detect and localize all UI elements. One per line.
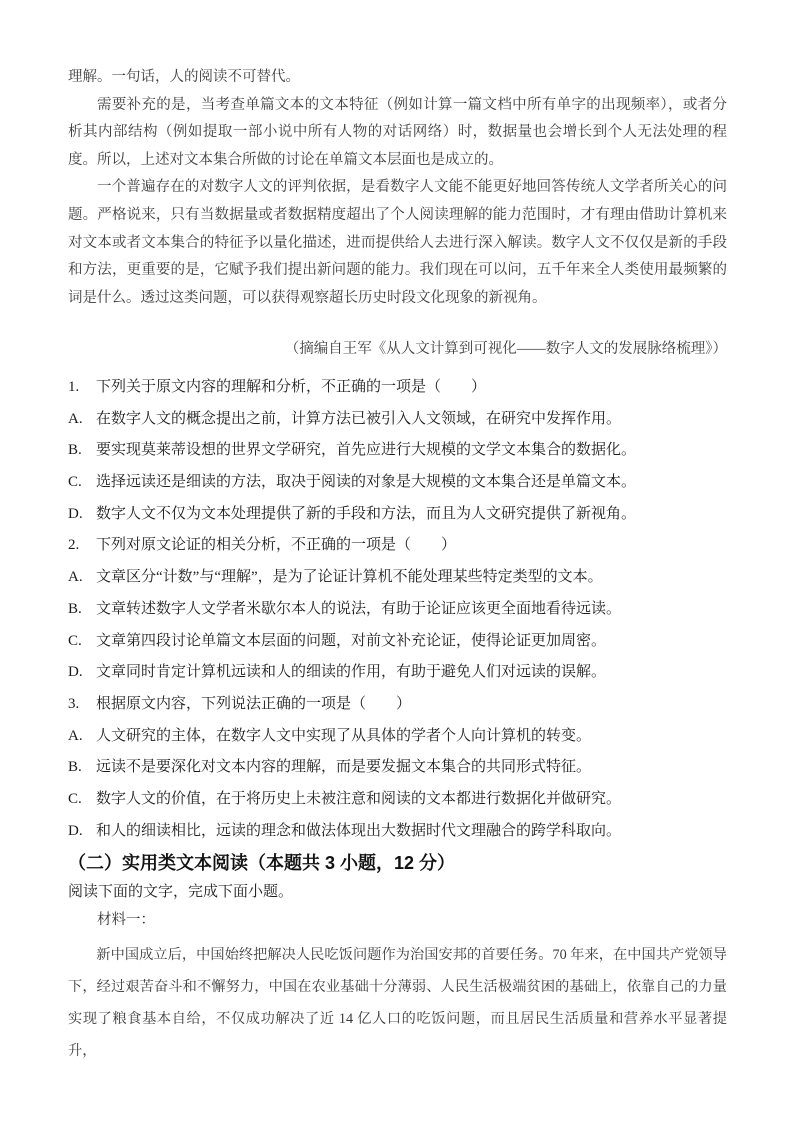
option-label: D. xyxy=(68,499,96,531)
question-1-option-c: C.选择远读还是细读的方法，取决于阅读的对象是大规模的文本集合还是单篇文本。 xyxy=(68,467,727,499)
option-text: 远读不是要深化对文本内容的理解，而是要发掘文本集合的共同形式特征。 xyxy=(96,759,591,775)
option-label: B. xyxy=(68,435,96,467)
material-one-label: 材料一： xyxy=(68,906,727,935)
passage-paragraph-2: 需要补充的是，当考查单篇文本的文本特征（例如计算一篇文档中所有单字的出现频率），… xyxy=(68,92,727,175)
option-text: 数字人文的价值，在于将历史上未被注意和阅读的文本都进行数据化并做研究。 xyxy=(96,791,621,807)
option-label: B. xyxy=(68,594,96,626)
option-label: B. xyxy=(68,752,96,784)
question-1-option-d: D.数字人文不仅为文本处理提供了新的手段和方法，而且为人文研究提供了新视角。 xyxy=(68,499,727,531)
option-text: 在数字人文的概念提出之前，计算方法已被引入人文领域，在研究中发挥作用。 xyxy=(96,411,621,427)
option-text: 文章第四段讨论单篇文本层面的问题，对前文补充论证，使得论证更加周密。 xyxy=(96,633,606,649)
option-text: 要实现莫莱蒂设想的世界文学研究，首先应进行大规模的文学文本集合的数据化。 xyxy=(96,442,636,458)
question-1-option-a: A.在数字人文的概念提出之前，计算方法已被引入人文领域，在研究中发挥作用。 xyxy=(68,404,727,436)
option-label: D. xyxy=(68,816,96,848)
option-text: 文章区分“计数”与“理解”，是为了论证计算机不能处理某些特定类型的文本。 xyxy=(96,569,603,585)
question-1-option-b: B.要实现莫莱蒂设想的世界文学研究，首先应进行大规模的文学文本集合的数据化。 xyxy=(68,435,727,467)
question-2-option-c: C.文章第四段讨论单篇文本层面的问题，对前文补充论证，使得论证更加周密。 xyxy=(68,626,727,658)
question-3-option-c: C.数字人文的价值，在于将历史上未被注意和阅读的文本都进行数据化并做研究。 xyxy=(68,784,727,816)
passage-attribution: （摘编自王军《从人文计算到可视化——数字人文的发展脉络梳理》） xyxy=(68,336,727,364)
question-2-stem: 2.下列对原文论证的相关分析，不正确的一项是（ ） xyxy=(68,530,727,562)
option-label: A. xyxy=(68,404,96,436)
option-label: C. xyxy=(68,467,96,499)
option-text: 和人的细读相比，远读的理念和做法体现出大数据时代文理融合的跨学科取向。 xyxy=(96,823,621,839)
option-label: C. xyxy=(68,784,96,816)
option-label: A. xyxy=(68,721,96,753)
question-3-number: 3. xyxy=(68,689,96,721)
question-2-option-a: A.文章区分“计数”与“理解”，是为了论证计算机不能处理某些特定类型的文本。 xyxy=(68,562,727,594)
question-1-number: 1. xyxy=(68,372,96,404)
option-text: 数字人文不仅为文本处理提供了新的手段和方法，而且为人文研究提供了新视角。 xyxy=(96,506,636,522)
question-1-stem-text: 下列关于原文内容的理解和分析，不正确的一项是（ ） xyxy=(96,379,486,395)
reading-instruction: 阅读下面的文字，完成下面小题。 xyxy=(68,879,727,906)
question-3-stem-text: 根据原文内容，下列说法正确的一项是（ ） xyxy=(96,696,411,712)
question-3-option-b: B.远读不是要深化对文本内容的理解，而是要发掘文本集合的共同形式特征。 xyxy=(68,752,727,784)
option-text: 文章同时肯定计算机远读和人的细读的作用，有助于避免人们对远读的误解。 xyxy=(96,664,606,680)
questions-block: 1.下列关于原文内容的理解和分析，不正确的一项是（ ） A.在数字人文的概念提出… xyxy=(68,372,727,848)
question-2-stem-text: 下列对原文论证的相关分析，不正确的一项是（ ） xyxy=(96,537,456,553)
passage-paragraph-3: 一个普遍存在的对数字人文的评判依据，是看数字人文能不能更好地回答传统人文学者所关… xyxy=(68,174,727,312)
section-heading: （二）实用类文本阅读（本题共 3 小题，12 分） xyxy=(68,847,727,879)
question-2-option-d: D.文章同时肯定计算机远读和人的细读的作用，有助于避免人们对远读的误解。 xyxy=(68,657,727,689)
question-3-stem: 3.根据原文内容，下列说法正确的一项是（ ） xyxy=(68,689,727,721)
question-2-number: 2. xyxy=(68,530,96,562)
option-text: 选择远读还是细读的方法，取决于阅读的对象是大规模的文本集合还是单篇文本。 xyxy=(96,474,636,490)
option-label: A. xyxy=(68,562,96,594)
question-3-option-a: A.人文研究的主体，在数字人文中实现了从具体的学者个人向计算机的转变。 xyxy=(68,721,727,753)
exam-page: 理解。一句话，人的阅读不可替代。 需要补充的是，当考查单篇文本的文本特征（例如计… xyxy=(0,0,793,1122)
question-3-option-d: D.和人的细读相比，远读的理念和做法体现出大数据时代文理融合的跨学科取向。 xyxy=(68,816,727,848)
option-label: D. xyxy=(68,657,96,689)
option-text: 人文研究的主体，在数字人文中实现了从具体的学者个人向计算机的转变。 xyxy=(96,728,591,744)
reading-passage: 理解。一句话，人的阅读不可替代。 需要补充的是，当考查单篇文本的文本特征（例如计… xyxy=(68,64,727,364)
passage-paragraph-1: 理解。一句话，人的阅读不可替代。 xyxy=(68,64,727,92)
question-1-stem: 1.下列关于原文内容的理解和分析，不正确的一项是（ ） xyxy=(68,372,727,404)
material-one-paragraph: 新中国成立后，中国始终把解决人民吃饭问题作为治国安邦的首要任务。70 年来，在中… xyxy=(68,940,727,1067)
question-2-option-b: B.文章转述数字人文学者米歇尔本人的说法，有助于论证应该更全面地看待远读。 xyxy=(68,594,727,626)
option-label: C. xyxy=(68,626,96,658)
option-text: 文章转述数字人文学者米歇尔本人的说法，有助于论证应该更全面地看待远读。 xyxy=(96,601,621,617)
